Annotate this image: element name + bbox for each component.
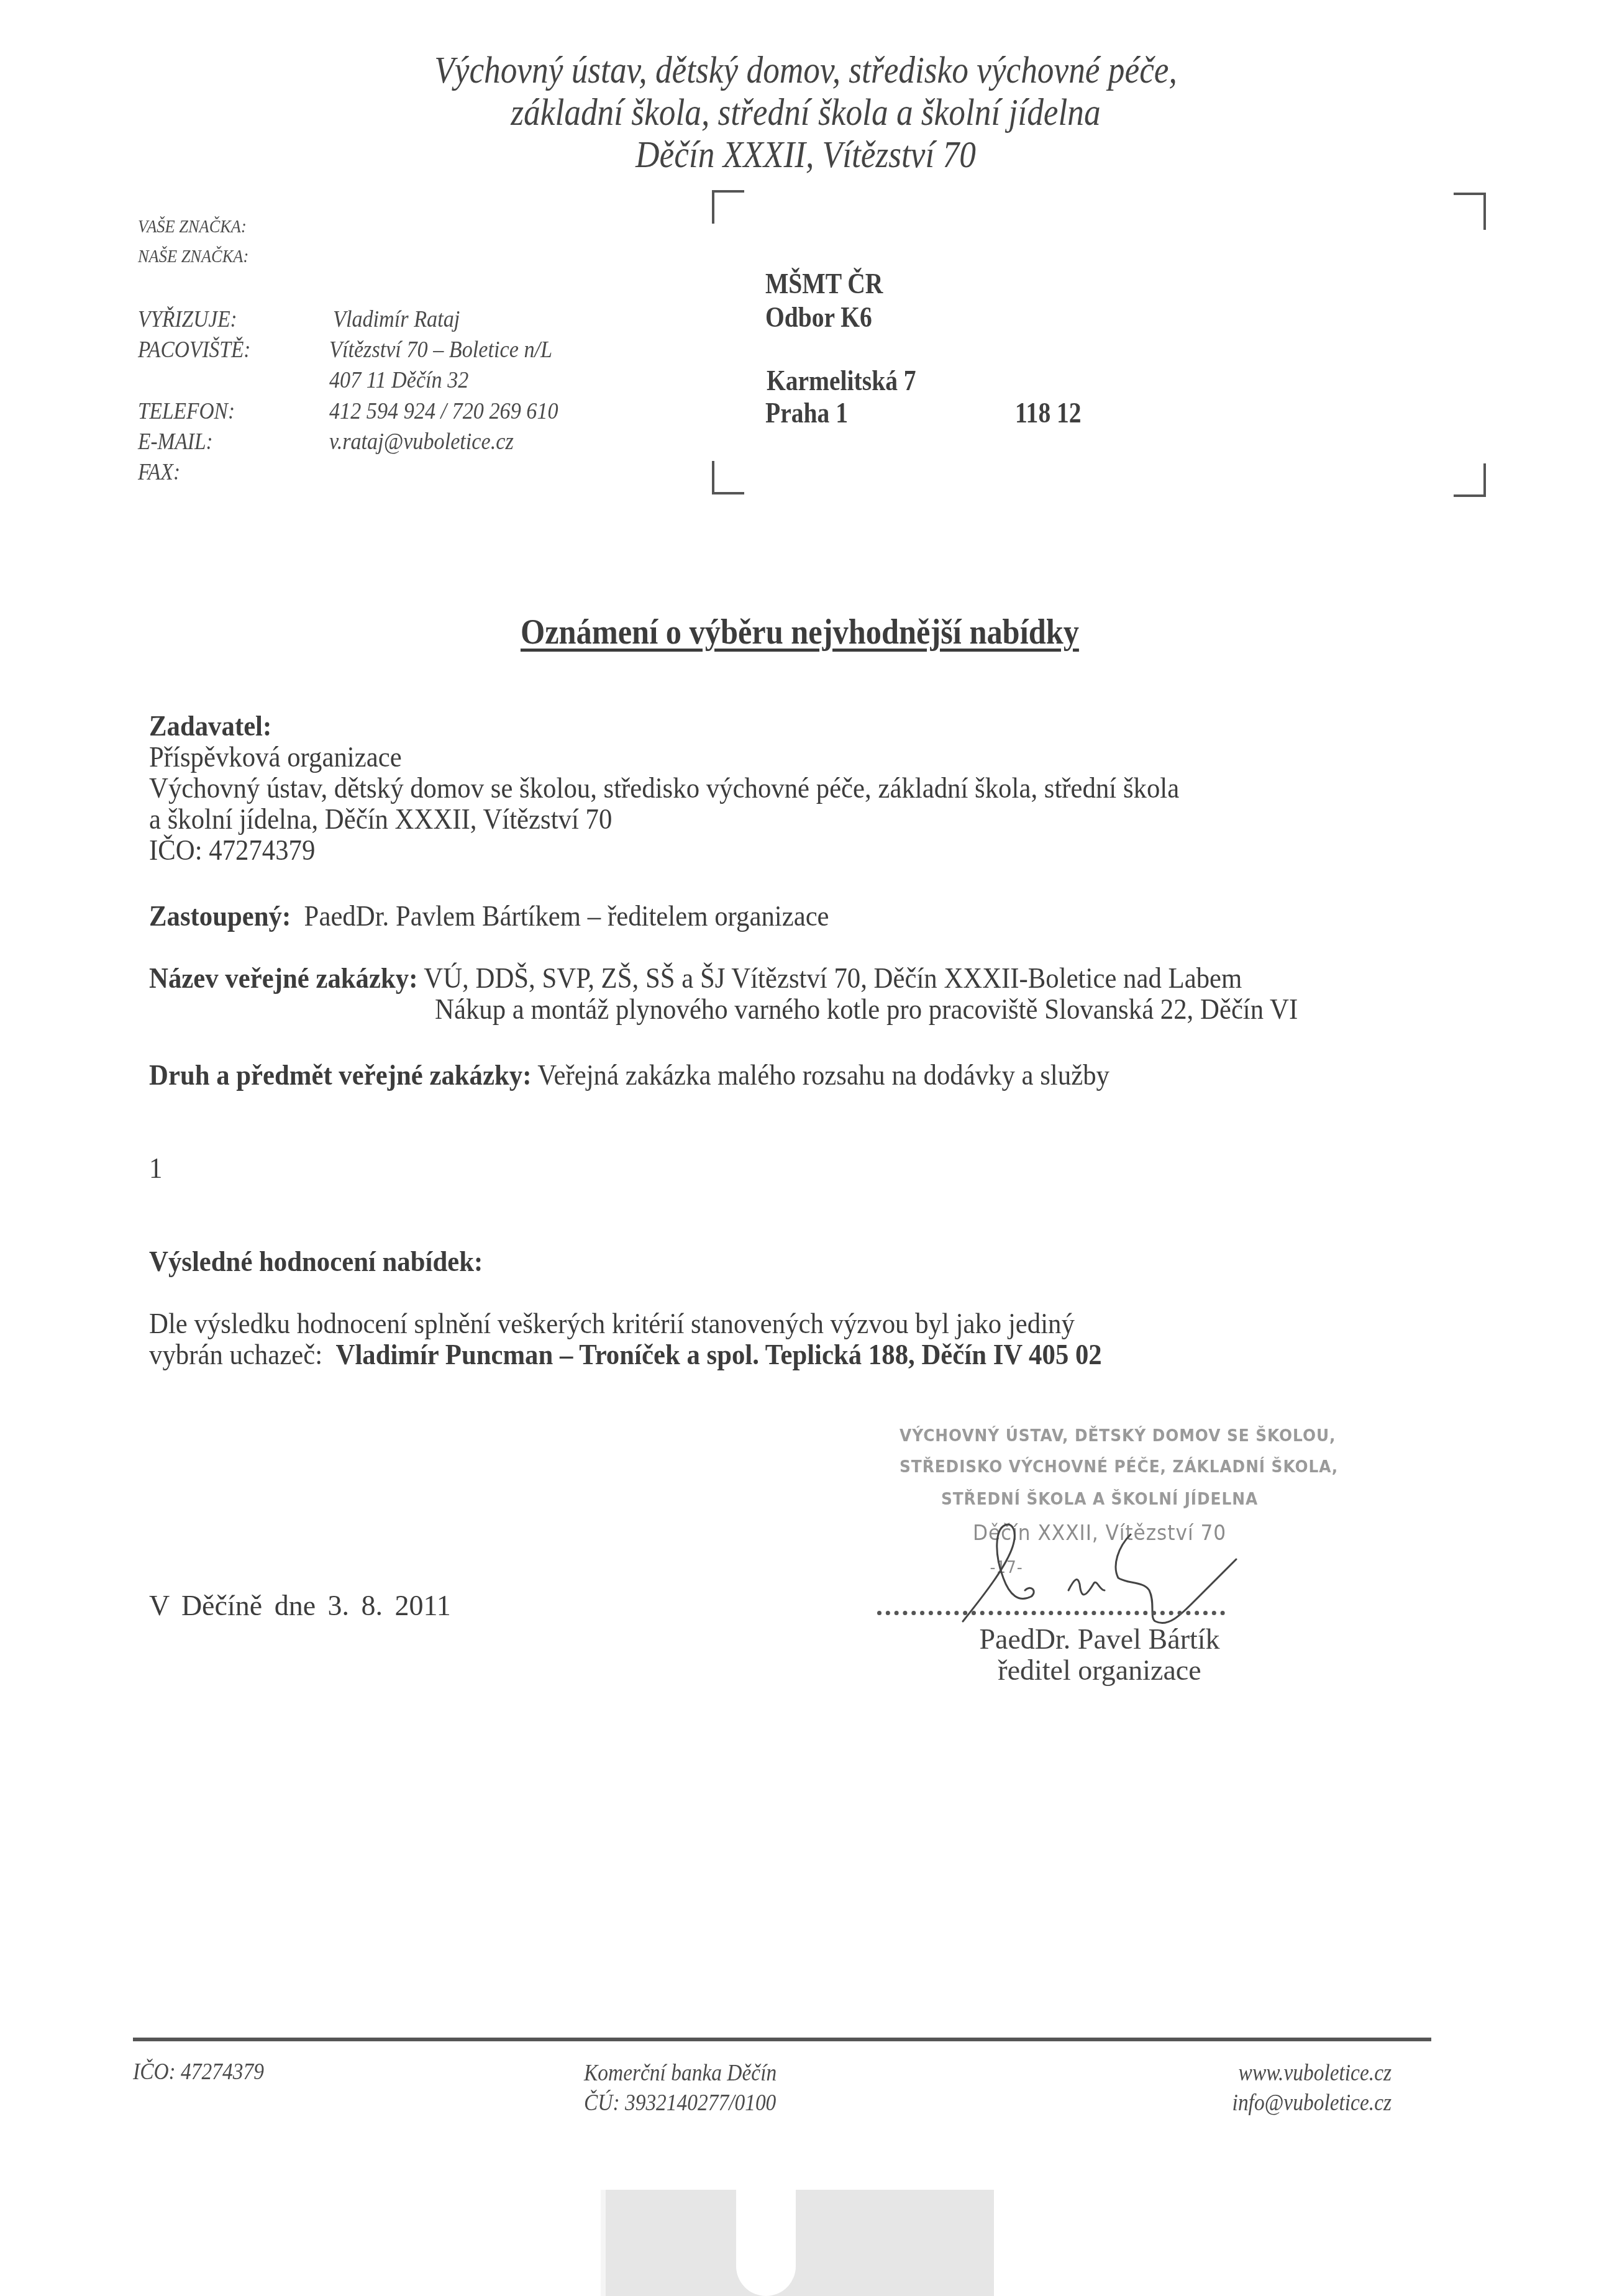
result-line-1: Dle výsledku hodnocení splnění veškerých… (149, 1307, 1075, 1340)
email-label: E-MAIL: (138, 428, 213, 455)
zadavatel-line-2: Výchovný ústav, dětský domov se školou, … (149, 772, 1179, 804)
footer-ico: IČO: 47274379 (133, 2058, 264, 2085)
nazev-value-2: Nákup a montáž plynového varného kotle p… (435, 993, 1298, 1026)
result-line-2: vybrán uchazeč: Vladimír Puncman – Troní… (149, 1338, 1102, 1371)
offers-count: 1 (149, 1152, 162, 1185)
footer-divider (133, 2038, 1431, 2041)
vysledne-heading: Výsledné hodnocení nabídek: (149, 1245, 483, 1278)
address-corner-top-right (1454, 193, 1486, 230)
vyrizuje-label: VYŘIZUJE: (138, 306, 237, 333)
recipient-street: Karmelitská 7 (767, 364, 916, 397)
recipient-city: Praha 1 (765, 396, 848, 429)
letterhead-line-2: základní škola, střední škola a školní j… (198, 91, 1413, 135)
scan-artifact (601, 2190, 994, 2296)
address-corner-bottom-right (1454, 463, 1486, 497)
stamp-line-2: STŘEDISKO VÝCHOVNÉ PÉČE, ZÁKLADNÍ ŠKOLA, (900, 1457, 1300, 1477)
letterhead-line-1: Výchovný ústav, dětský domov, středisko … (198, 48, 1413, 93)
nazev-label: Název veřejné zakázky: (149, 962, 417, 994)
letterhead-line-3: Děčín XXXII, Vítězství 70 (198, 133, 1413, 177)
pracoviste-label: PACOVIŠTĚ: (138, 336, 250, 363)
document-title-text: Oznámení o výběru nejvhodnější nabídky (521, 613, 1079, 652)
telefon-label: TELEFON: (138, 398, 235, 425)
footer-email-link[interactable]: info@vuboletice.cz (1151, 2089, 1392, 2116)
telefon-value: 412 594 924 / 720 269 610 (329, 398, 558, 425)
nazev-row: Název veřejné zakázky: VÚ, DDŠ, SVP, ZŠ,… (149, 962, 1242, 995)
document-title: Oznámení o výběru nejvhodnější nabídky (0, 613, 1599, 652)
nase-znacka-label: NAŠE ZNAČKA: (138, 246, 248, 267)
nazev-value-1: VÚ, DDŠ, SVP, ZŠ, SŠ a ŠJ Vítězství 70, … (424, 962, 1242, 994)
druh-label: Druh a předmět veřejné zakázky: (149, 1059, 531, 1091)
footer-website-link[interactable]: www.vuboletice.cz (1151, 2059, 1392, 2087)
footer-bank: Komerční banka Děčín (584, 2059, 777, 2087)
punch-hole (736, 2187, 796, 2296)
address-corner-bottom-left (712, 461, 744, 494)
place-date: V Děčíně dne 3. 8. 2011 (149, 1589, 451, 1622)
zastoupeny-label: Zastoupený: (149, 900, 291, 932)
recipient-postcode: 118 12 (1015, 396, 1082, 429)
pracoviste-value-1: Vítězství 70 – Boletice n/L (329, 336, 552, 363)
vase-znacka-label: VAŠE ZNAČKA: (138, 216, 247, 237)
zastoupeny-row: Zastoupený: PaedDr. Pavlem Bártíkem – ře… (149, 900, 829, 932)
druh-value: Veřejná zakázka malého rozsahu na dodávk… (537, 1059, 1109, 1091)
signatory-name: PaedDr. Pavel Bártík (882, 1623, 1317, 1656)
zadavatel-heading: Zadavatel: (149, 709, 271, 742)
address-corner-top-left (712, 190, 744, 224)
signature-line (877, 1611, 1225, 1615)
winning-bidder: Vladimír Puncman – Troníček a spol. Tepl… (335, 1339, 1101, 1370)
email-value[interactable]: v.rataj@vuboletice.cz (329, 428, 514, 455)
zastoupeny-value: PaedDr. Pavlem Bártíkem – ředitelem orga… (304, 900, 829, 932)
druh-row: Druh a předmět veřejné zakázky: Veřejná … (149, 1059, 1109, 1091)
zadavatel-ico: IČO: 47274379 (149, 834, 315, 867)
signatory-role: ředitel organizace (882, 1654, 1317, 1687)
result-prefix: vybrán uchazeč: (149, 1339, 322, 1370)
zadavatel-line-3: a školní jídelna, Děčín XXXII, Vítězství… (149, 803, 612, 836)
recipient-line-2: Odbor K6 (765, 301, 872, 334)
zadavatel-line-1: Příspěvková organizace (149, 740, 402, 773)
stamp-line-1: VÝCHOVNÝ ÚSTAV, DĚTSKÝ DOMOV SE ŠKOLOU, (900, 1426, 1300, 1446)
recipient-line-1: MŠMT ČR (765, 267, 883, 300)
pracoviste-value-2: 407 11 Děčín 32 (329, 367, 468, 394)
fax-label: FAX: (138, 458, 180, 486)
vyrizuje-value: Vladimír Rataj (333, 306, 460, 333)
footer-account: ČÚ: 3932140277/0100 (584, 2089, 776, 2116)
